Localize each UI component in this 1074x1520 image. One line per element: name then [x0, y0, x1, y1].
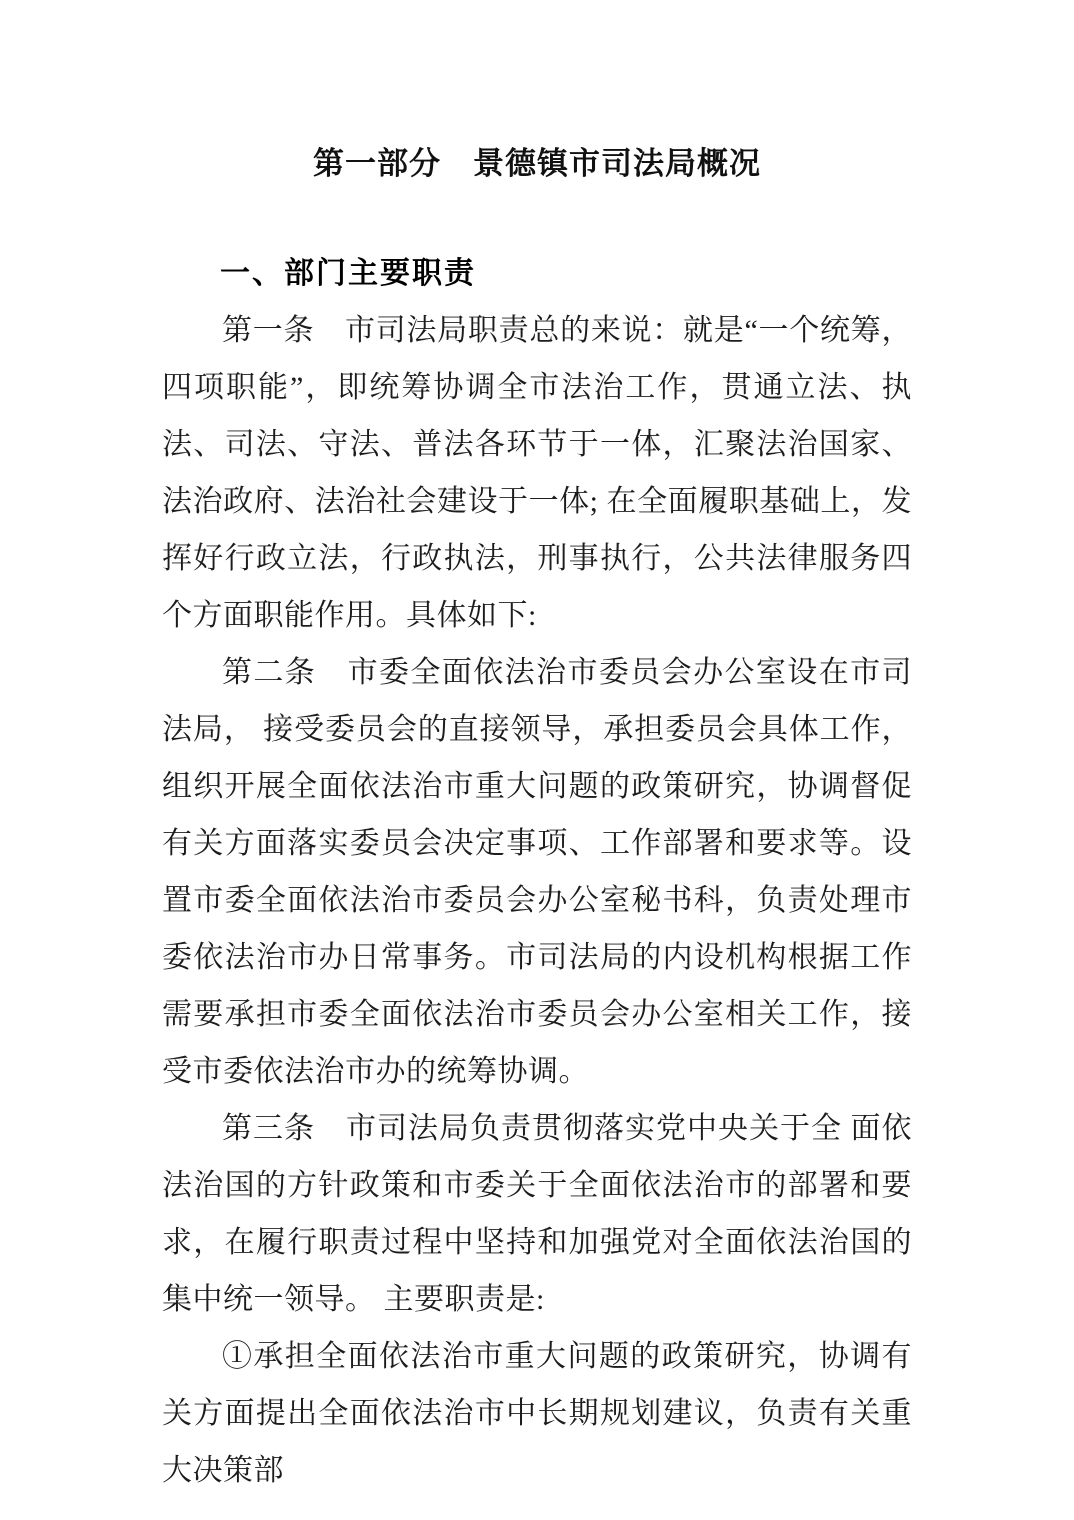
paragraph-duty-item-1: ①承担全面依法治市重大问题的政策研究，协调有关方面提出全面依法治市中长期规划建议…	[162, 1328, 912, 1499]
paragraph-article-1: 第一条 市司法局职责总的来说：就是“一个统筹，四项职能”，即统筹协调全市法治工作…	[162, 302, 912, 644]
document-title: 第一部分 景德镇市司法局概况	[162, 146, 912, 182]
document-page: 第一部分 景德镇市司法局概况 一、部门主要职责 第一条 市司法局职责总的来说：就…	[0, 0, 1074, 1520]
document-body: 第一条 市司法局职责总的来说：就是“一个统筹，四项职能”，即统筹协调全市法治工作…	[162, 302, 912, 1499]
paragraph-article-2: 第二条 市委全面依法治市委员会办公室设在市司法局， 接受委员会的直接领导，承担委…	[162, 644, 912, 1100]
paragraph-article-3: 第三条 市司法局负责贯彻落实党中央关于全 面依法治国的方针政策和市委关于全面依法…	[162, 1100, 912, 1328]
section-heading: 一、部门主要职责	[162, 254, 912, 294]
